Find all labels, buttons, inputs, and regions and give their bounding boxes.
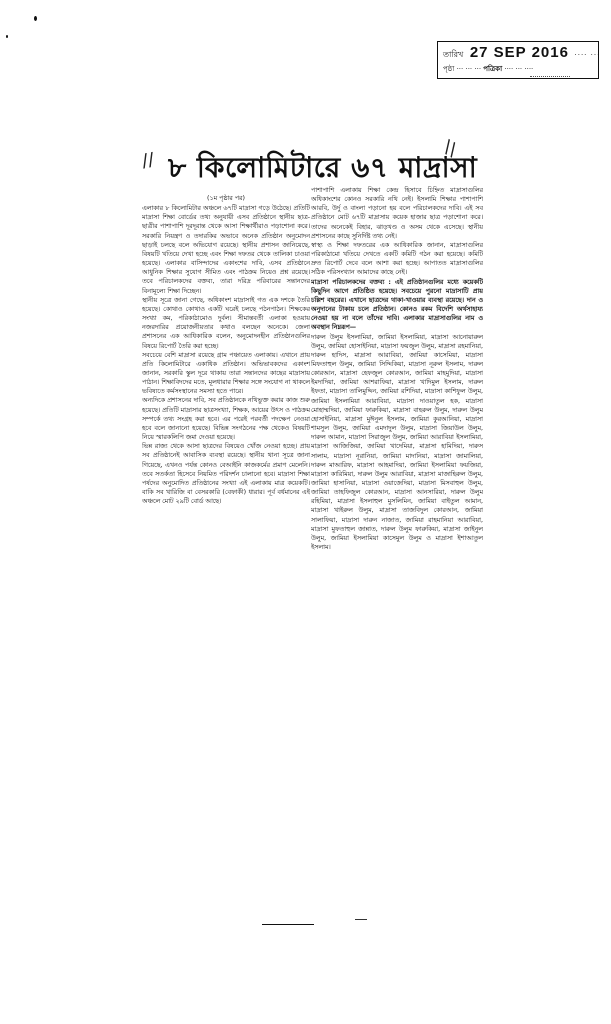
stamp-date-label: তারিখ — [443, 50, 463, 59]
paragraph: অন্যদিকে প্রশাসনের দাবি, সব প্রতিষ্ঠানকে… — [142, 396, 310, 442]
date-stamp: তারিখ 27 SEP 2016 ···· ··· পৃষ্ঠা ··· ··… — [437, 41, 599, 79]
stamp-dots: ···· ··· ···· — [504, 65, 533, 73]
paragraph: ভিন্ন রাজ্য থেকে আসা ছাত্রদের বিষয়েও খো… — [142, 442, 310, 506]
bottom-rule — [262, 924, 314, 925]
scan-speck — [34, 16, 37, 21]
stamp-dots: ···· ··· — [575, 51, 601, 59]
paragraph: স্বাস্থ্য ও শিক্ষা দফতরের এক আধিকারিক জা… — [311, 241, 483, 278]
paragraph: মাদ্রাসা পরিচালকদের বক্তব্য : এই প্রতিষ্… — [311, 278, 483, 333]
marker-slash-left: // — [140, 149, 156, 172]
paragraph: সবচেয়ে বেশি মাদ্রাসা রয়েছে গ্রাম পঞ্চা… — [142, 351, 310, 397]
article-column-2: পাশাপাশি এলাকায় শিক্ষা কেন্দ্র হিসাবে চ… — [311, 186, 483, 922]
stamp-page-row: পৃষ্ঠা ··· ··· ··· পত্রিকা ···· ··· ···· — [443, 63, 533, 75]
paragraph: এলাকার ৮ কিলোমিটার অঞ্চলে ৬৭টি মাদ্রাসা … — [142, 204, 310, 296]
stamp-dots: ··· ··· ··· — [457, 65, 484, 73]
stamp-date: 27 SEP 2016 — [470, 44, 569, 61]
paragraph: পাশাপাশি এলাকায় শিক্ষা কেন্দ্র হিসাবে চ… — [311, 186, 483, 241]
paragraph: স্থানীয় সূত্রে জানা গেছে, অধিকাংশ মাদ্র… — [142, 296, 310, 351]
continued-from-note: (১ম পৃষ্ঠার পর) — [142, 194, 310, 203]
stamp-page-label: পৃষ্ঠা — [443, 65, 454, 73]
scan-speck — [6, 35, 8, 38]
stamp-date-row: তারিখ 27 SEP 2016 ···· ··· — [443, 44, 600, 62]
paragraph: দারুল উলুম ইসলামিয়া, জামিয়া ইসলামিয়া,… — [311, 333, 483, 553]
article-column-1: (১ম পৃষ্ঠার পর) এলাকার ৮ কিলোমিটার অঞ্চল… — [142, 194, 310, 932]
bottom-rule-short — [355, 919, 367, 920]
stamp-underline — [530, 76, 570, 77]
stamp-paper-label: পত্রিকা — [483, 65, 502, 73]
